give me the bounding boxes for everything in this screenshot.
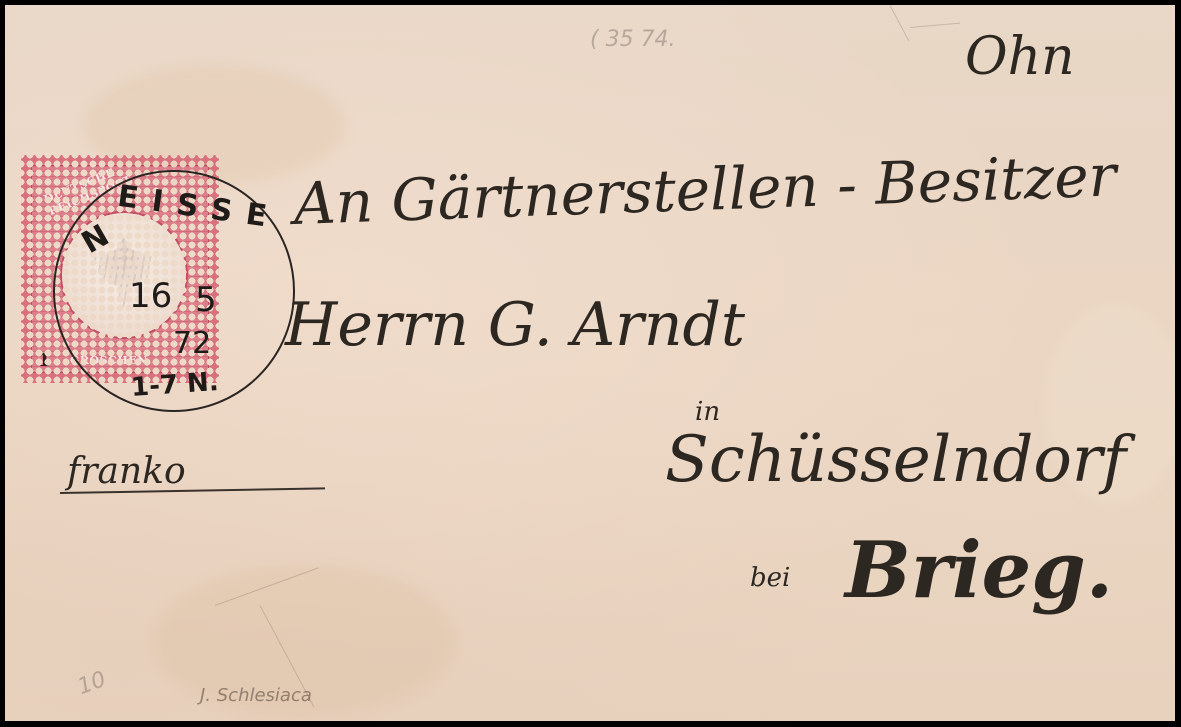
franko-annotation: franko: [67, 451, 186, 492]
postmark-day: 16: [129, 276, 172, 316]
address-line-2: Herrn G. Arndt: [285, 290, 745, 360]
crease-line: [910, 23, 960, 28]
address-line-4-prefix: bei: [750, 563, 790, 593]
postmark: N EISSE 16 5 72 1-7 N.: [53, 170, 295, 412]
postmark-town: EISSE: [115, 179, 282, 236]
crease-line: [890, 5, 910, 41]
pencil-note-bottom-left: 10: [74, 667, 109, 700]
address-line-4: Brieg.: [845, 525, 1113, 616]
postmark-time: 1-7 N.: [130, 367, 220, 403]
address-line-3: Schüsselndorf: [665, 423, 1126, 497]
postmark-year: 72: [173, 326, 211, 361]
postmark-month: 5: [195, 280, 217, 320]
corner-note: Ohn: [965, 27, 1075, 87]
address-line-1: An Gärtnerstellen - Besitzer: [293, 141, 1118, 238]
envelope: ( 35 74. 10 J. Schlesiaca Ohn DEUTSCHE R…: [5, 5, 1175, 721]
stamp-value: 1: [38, 350, 51, 371]
pencil-note-bottom: J. Schlesiaca: [200, 685, 312, 706]
pencil-note-top: ( 35 74.: [590, 27, 676, 52]
postmark-town-n: N: [76, 218, 115, 261]
